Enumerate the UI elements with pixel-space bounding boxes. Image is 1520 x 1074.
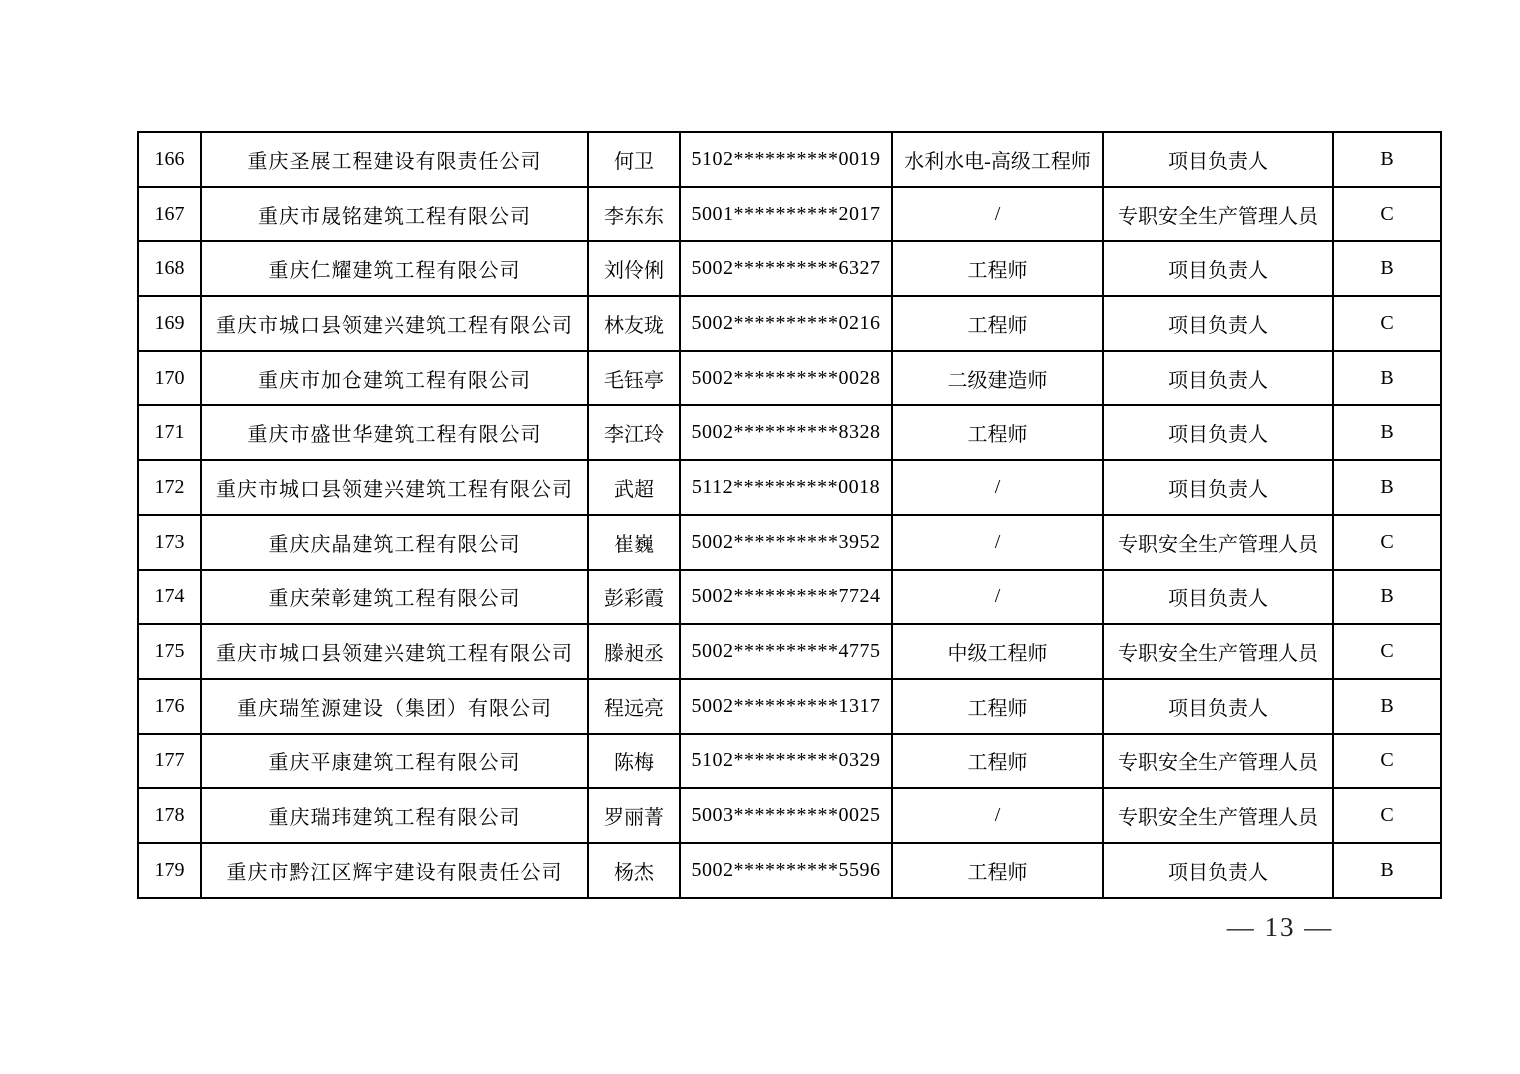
table-row: 172重庆市城口县领建兴建筑工程有限公司武超5112**********0018…	[138, 460, 1441, 515]
table-row: 171重庆市盛世华建筑工程有限公司李江玲5002**********8328工程…	[138, 405, 1441, 460]
cell-id_number: 5112**********0018	[680, 460, 892, 515]
document-page: 166重庆圣展工程建设有限责任公司何卫5102**********0019水利水…	[0, 0, 1520, 1074]
cell-title: /	[892, 460, 1103, 515]
cell-position: 专职安全生产管理人员	[1103, 624, 1333, 679]
cell-title: 二级建造师	[892, 351, 1103, 406]
cell-grade: C	[1333, 187, 1441, 242]
table-row: 174重庆荣彰建筑工程有限公司彭彩霞5002**********7724/项目负…	[138, 570, 1441, 625]
cell-title: /	[892, 788, 1103, 843]
cell-id_number: 5002**********0028	[680, 351, 892, 406]
table-row: 169重庆市城口县领建兴建筑工程有限公司林友珑5002**********021…	[138, 296, 1441, 351]
cell-company: 重庆市城口县领建兴建筑工程有限公司	[201, 460, 588, 515]
cell-grade: B	[1333, 241, 1441, 296]
cell-no: 174	[138, 570, 201, 625]
table-row: 177重庆平康建筑工程有限公司陈梅5102**********0329工程师专职…	[138, 734, 1441, 789]
cell-name: 陈梅	[588, 734, 680, 789]
cell-grade: C	[1333, 734, 1441, 789]
cell-company: 重庆市城口县领建兴建筑工程有限公司	[201, 296, 588, 351]
cell-id_number: 5001**********2017	[680, 187, 892, 242]
table-row: 168重庆仁耀建筑工程有限公司刘伶俐5002**********6327工程师项…	[138, 241, 1441, 296]
cell-company: 重庆平康建筑工程有限公司	[201, 734, 588, 789]
cell-name: 杨杰	[588, 843, 680, 898]
cell-grade: C	[1333, 788, 1441, 843]
cell-id_number: 5002**********1317	[680, 679, 892, 734]
cell-no: 169	[138, 296, 201, 351]
cell-name: 林友珑	[588, 296, 680, 351]
cell-title: /	[892, 187, 1103, 242]
cell-title: 工程师	[892, 734, 1103, 789]
cell-position: 项目负责人	[1103, 570, 1333, 625]
cell-title: 工程师	[892, 296, 1103, 351]
cell-no: 179	[138, 843, 201, 898]
cell-id_number: 5002**********4775	[680, 624, 892, 679]
cell-name: 刘伶俐	[588, 241, 680, 296]
cell-position: 项目负责人	[1103, 241, 1333, 296]
cell-company: 重庆仁耀建筑工程有限公司	[201, 241, 588, 296]
cell-grade: B	[1333, 679, 1441, 734]
cell-no: 177	[138, 734, 201, 789]
cell-id_number: 5002**********8328	[680, 405, 892, 460]
cell-no: 178	[138, 788, 201, 843]
cell-grade: B	[1333, 460, 1441, 515]
cell-name: 崔巍	[588, 515, 680, 570]
cell-position: 专职安全生产管理人员	[1103, 187, 1333, 242]
cell-position: 项目负责人	[1103, 843, 1333, 898]
cell-name: 程远亮	[588, 679, 680, 734]
cell-id_number: 5002**********5596	[680, 843, 892, 898]
cell-company: 重庆荣彰建筑工程有限公司	[201, 570, 588, 625]
cell-grade: B	[1333, 132, 1441, 187]
cell-title: /	[892, 570, 1103, 625]
cell-name: 李江玲	[588, 405, 680, 460]
cell-grade: C	[1333, 515, 1441, 570]
personnel-table: 166重庆圣展工程建设有限责任公司何卫5102**********0019水利水…	[137, 131, 1442, 899]
cell-name: 何卫	[588, 132, 680, 187]
cell-grade: C	[1333, 296, 1441, 351]
cell-name: 彭彩霞	[588, 570, 680, 625]
cell-no: 166	[138, 132, 201, 187]
table-row: 179重庆市黔江区辉宇建设有限责任公司杨杰5002**********5596工…	[138, 843, 1441, 898]
cell-id_number: 5102**********0329	[680, 734, 892, 789]
cell-grade: C	[1333, 624, 1441, 679]
cell-name: 武超	[588, 460, 680, 515]
cell-position: 专职安全生产管理人员	[1103, 734, 1333, 789]
cell-id_number: 5002**********7724	[680, 570, 892, 625]
cell-no: 168	[138, 241, 201, 296]
cell-company: 重庆市盛世华建筑工程有限公司	[201, 405, 588, 460]
cell-company: 重庆市晟铭建筑工程有限公司	[201, 187, 588, 242]
cell-title: 中级工程师	[892, 624, 1103, 679]
cell-id_number: 5002**********6327	[680, 241, 892, 296]
cell-id_number: 5002**********0216	[680, 296, 892, 351]
cell-no: 176	[138, 679, 201, 734]
cell-name: 李东东	[588, 187, 680, 242]
table-body: 166重庆圣展工程建设有限责任公司何卫5102**********0019水利水…	[138, 132, 1441, 898]
cell-title: /	[892, 515, 1103, 570]
cell-position: 项目负责人	[1103, 460, 1333, 515]
cell-title: 工程师	[892, 843, 1103, 898]
cell-position: 项目负责人	[1103, 679, 1333, 734]
cell-name: 滕昶丞	[588, 624, 680, 679]
cell-position: 项目负责人	[1103, 351, 1333, 406]
cell-id_number: 5002**********3952	[680, 515, 892, 570]
cell-company: 重庆瑞笙源建设（集团）有限公司	[201, 679, 588, 734]
cell-company: 重庆圣展工程建设有限责任公司	[201, 132, 588, 187]
cell-name: 罗丽菁	[588, 788, 680, 843]
cell-position: 项目负责人	[1103, 296, 1333, 351]
cell-name: 毛钰亭	[588, 351, 680, 406]
cell-company: 重庆市黔江区辉宇建设有限责任公司	[201, 843, 588, 898]
cell-title: 工程师	[892, 405, 1103, 460]
cell-no: 172	[138, 460, 201, 515]
cell-title: 工程师	[892, 679, 1103, 734]
cell-no: 175	[138, 624, 201, 679]
cell-title: 水利水电-高级工程师	[892, 132, 1103, 187]
cell-id_number: 5102**********0019	[680, 132, 892, 187]
cell-id_number: 5003**********0025	[680, 788, 892, 843]
cell-position: 项目负责人	[1103, 132, 1333, 187]
cell-no: 167	[138, 187, 201, 242]
table-row: 167重庆市晟铭建筑工程有限公司李东东5001**********2017/专职…	[138, 187, 1441, 242]
table-row: 170重庆市加仓建筑工程有限公司毛钰亭5002**********0028二级建…	[138, 351, 1441, 406]
cell-company: 重庆瑞玮建筑工程有限公司	[201, 788, 588, 843]
cell-grade: B	[1333, 843, 1441, 898]
cell-grade: B	[1333, 351, 1441, 406]
cell-no: 171	[138, 405, 201, 460]
table-row: 166重庆圣展工程建设有限责任公司何卫5102**********0019水利水…	[138, 132, 1441, 187]
cell-grade: B	[1333, 405, 1441, 460]
cell-company: 重庆市城口县领建兴建筑工程有限公司	[201, 624, 588, 679]
cell-title: 工程师	[892, 241, 1103, 296]
cell-position: 专职安全生产管理人员	[1103, 515, 1333, 570]
table-row: 175重庆市城口县领建兴建筑工程有限公司滕昶丞5002**********477…	[138, 624, 1441, 679]
cell-company: 重庆市加仓建筑工程有限公司	[201, 351, 588, 406]
table-row: 173重庆庆晶建筑工程有限公司崔巍5002**********3952/专职安全…	[138, 515, 1441, 570]
cell-grade: B	[1333, 570, 1441, 625]
page-number: — 13 —	[1195, 912, 1365, 943]
table-row: 176重庆瑞笙源建设（集团）有限公司程远亮5002**********1317工…	[138, 679, 1441, 734]
cell-position: 项目负责人	[1103, 405, 1333, 460]
cell-no: 173	[138, 515, 201, 570]
cell-no: 170	[138, 351, 201, 406]
cell-company: 重庆庆晶建筑工程有限公司	[201, 515, 588, 570]
table-row: 178重庆瑞玮建筑工程有限公司罗丽菁5003**********0025/专职安…	[138, 788, 1441, 843]
cell-position: 专职安全生产管理人员	[1103, 788, 1333, 843]
